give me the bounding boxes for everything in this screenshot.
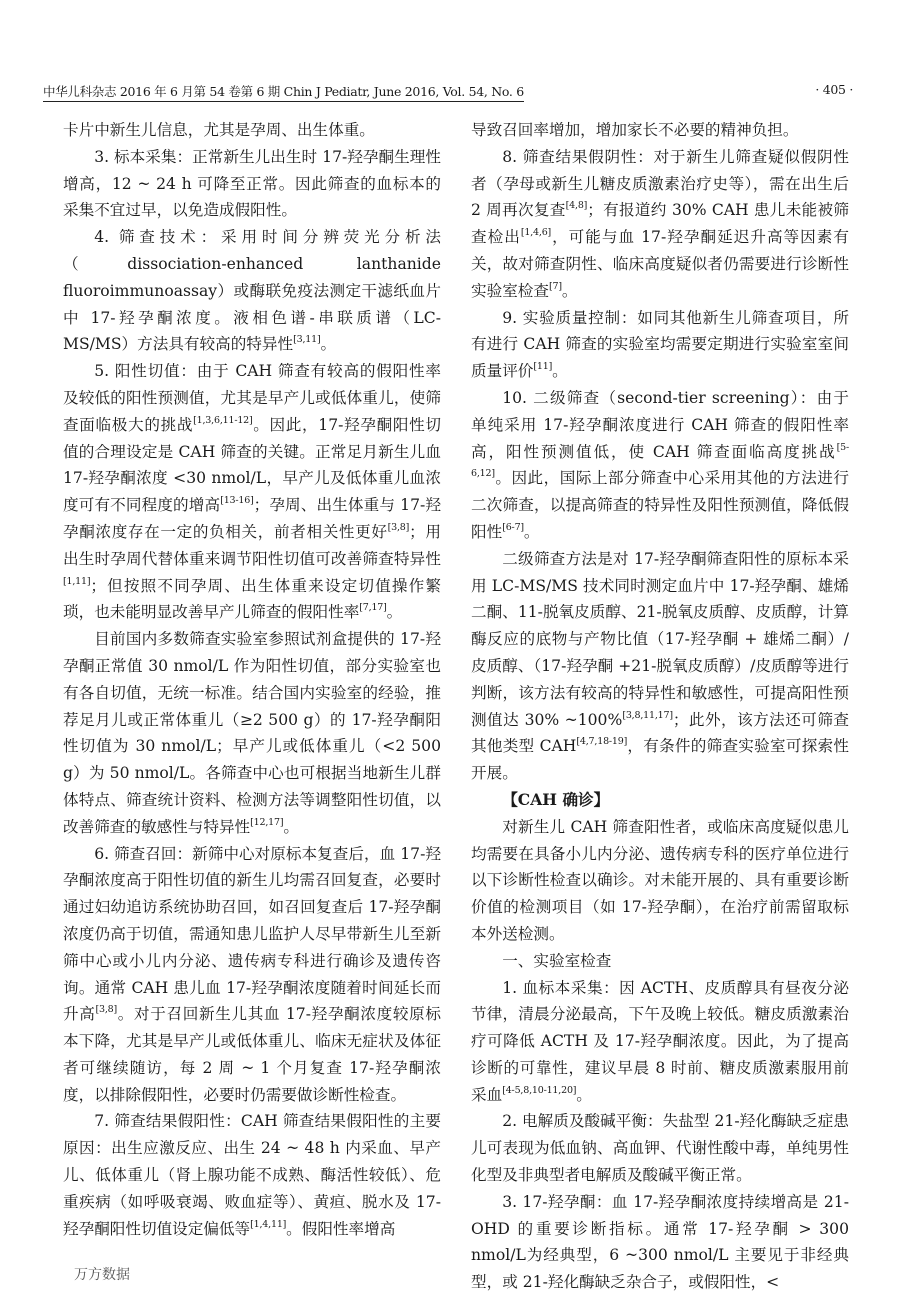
paragraph-false-negative: 8. 筛查结果假阴性：对于新生儿筛查疑似假阴性者（孕母或新生儿糖皮质激素治疗史等…	[471, 144, 849, 305]
journal-citation: 中华儿科杂志 2016 年 6 月第 54 卷第 6 期 Chin J Pedi…	[43, 82, 524, 102]
paragraph-electrolytes: 2. 电解质及酸碱平衡：失盐型 21-羟化酶缺乏症患儿可表现为低血钠、高血钾、代…	[471, 1108, 849, 1188]
paragraph-positive-cutoff: 5. 阳性切值：由于 CAH 筛查有较高的假阳性率及较低的阳性预测值，尤其是早产…	[63, 358, 441, 626]
citation[interactable]: [4-5,8,10-11,20]	[502, 1085, 576, 1096]
citation[interactable]: [3,8]	[96, 1004, 118, 1015]
paragraph-continuation: 卡片中新生儿信息，尤其是孕周、出生体重。	[63, 117, 441, 144]
paragraph-second-tier-method: 二级筛查方法是对 17-羟孕酮筛查阳性的原标本采用 LC-MS/MS 技术同时测…	[471, 546, 849, 787]
paragraph-quality-control: 9. 实验质量控制：如同其他新生儿筛查项目，所有进行 CAH 筛查的实验室均需要…	[471, 305, 849, 385]
citation[interactable]: [7,17]	[359, 602, 386, 613]
paragraph-17ohp: 3. 17-羟孕酮：血 17-羟孕酮浓度持续增高是 21-OHD 的重要诊断指标…	[471, 1189, 849, 1296]
paragraph-diagnosis-intro: 对新生儿 CAH 筛查阳性者，或临床高度疑似患儿均需要在具备小儿内分泌、遗传病专…	[471, 814, 849, 948]
citation[interactable]: [3,8]	[388, 522, 410, 533]
citation[interactable]: [6-7]	[502, 522, 524, 533]
citation[interactable]: [1,3,6,11-12]	[193, 415, 252, 426]
paragraph-domestic-cutoff: 目前国内多数筛查实验室参照试剂盒提供的 17-羟孕酮正常值 30 nmol/L …	[63, 626, 441, 840]
paragraph-screening-technique: 4. 筛查技术：采用时间分辨荧光分析法（dissociation-enhance…	[63, 224, 441, 358]
paragraph-false-positive: 7. 筛查结果假阳性：CAH 筛查结果假阳性的主要原因：出生应激反应、出生 24…	[63, 1108, 441, 1242]
watermark: 万方数据	[74, 1264, 130, 1284]
citation[interactable]: [13-16]	[220, 495, 253, 506]
running-header: 中华儿科杂志 2016 年 6 月第 54 卷第 6 期 Chin J Pedi…	[43, 82, 853, 102]
paragraph-specimen-collection: 3. 标本采集：正常新生儿出生时 17-羟孕酮生理性增高，12 ~ 24 h 可…	[63, 144, 441, 224]
citation[interactable]: [3,8,11,17]	[622, 710, 673, 721]
citation[interactable]: [3,11]	[293, 334, 320, 345]
subsection-heading-lab-tests: 一、实验室检查	[471, 948, 849, 975]
right-column: 导致召回率增加，增加家长不必要的精神负担。 8. 筛查结果假阴性：对于新生儿筛查…	[471, 117, 849, 1296]
citation[interactable]: [1,4,6]	[521, 227, 551, 238]
paragraph-continuation: 导致召回率增加，增加家长不必要的精神负担。	[471, 117, 849, 144]
citation[interactable]: [12,17]	[250, 817, 283, 828]
citation[interactable]: [11]	[533, 361, 552, 372]
citation[interactable]: [4,7,18-19]	[576, 736, 627, 747]
left-column: 卡片中新生儿信息，尤其是孕周、出生体重。 3. 标本采集：正常新生儿出生时 17…	[63, 117, 441, 1242]
citation[interactable]: [1,4,11]	[250, 1219, 286, 1230]
citation[interactable]: [4,8]	[566, 200, 588, 211]
paragraph-blood-sampling: 1. 血标本采集：因 ACTH、皮质醇具有昼夜分泌节律，清晨分泌最高，下午及晚上…	[471, 975, 849, 1109]
paragraph-screening-recall: 6. 筛查召回：新筛中心对原标本复查后，血 17-羟孕酮浓度高于阳性切值的新生儿…	[63, 841, 441, 1109]
citation[interactable]: [7]	[549, 281, 562, 292]
page-number: · 405 ·	[815, 82, 853, 97]
paragraph-second-tier: 10. 二级筛查（second-tier screening）：由于单纯采用 1…	[471, 385, 849, 546]
section-heading-cah-diagnosis: 【CAH 确诊】	[471, 787, 849, 814]
citation[interactable]: [1,11]	[63, 576, 90, 587]
